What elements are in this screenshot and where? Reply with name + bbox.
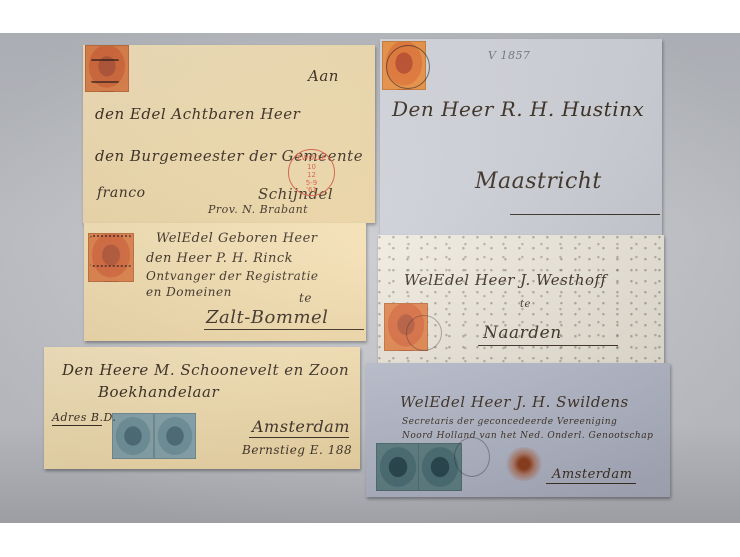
postmark — [386, 45, 430, 89]
year-note: V 1857 — [488, 49, 530, 62]
address-line: WelEdel Geboren Heer — [156, 231, 318, 246]
address-line: Secretaris der geconcedeerde Vereeniging — [402, 417, 617, 427]
address-line: en Domeinen — [146, 285, 232, 299]
postmark-zwolle: ZWOLLE 10 12 5-9 '61 — [288, 149, 335, 196]
address-line: Bernstieg E. 188 — [242, 443, 352, 457]
cancel-mark — [90, 235, 132, 267]
address-line: Amsterdam — [252, 417, 350, 436]
address-line: Boekhandelaar — [98, 383, 219, 401]
address-line: Den Heere M. Schoonevelt en Zoon — [62, 361, 349, 379]
address-line: Zalt-Bommel — [206, 307, 328, 328]
cancel-mark — [91, 59, 119, 83]
address-line: Den Heer R. H. Hustinx — [392, 97, 644, 121]
address-line: te — [520, 299, 531, 310]
underline — [52, 425, 102, 426]
postal-cover-naarden: WelEdel Heer J. Westhoff te Naarden — [378, 235, 664, 363]
address-line: WelEdel Heer J. Westhoff — [404, 271, 607, 289]
address-line: Aan — [308, 67, 339, 85]
postal-cover-maastricht: V 1857 Den Heer R. H. Hustinx Maastricht — [380, 39, 662, 235]
address-line: den Edel Achtbaren Heer — [95, 105, 300, 123]
underline — [478, 345, 618, 346]
address-line: franco — [97, 185, 146, 201]
postmark — [454, 437, 490, 477]
address-line: Maastricht — [475, 169, 602, 194]
address-line: te — [299, 291, 312, 305]
underline — [249, 437, 349, 438]
address-line: Amsterdam — [552, 467, 632, 482]
ink-stain — [504, 447, 544, 481]
stamp-green — [376, 443, 420, 491]
address-line: Naarden — [483, 323, 562, 343]
underline — [546, 483, 636, 484]
postal-cover-amsterdam-schoonevelt: Den Heere M. Schoonevelt en Zoon Boekhan… — [44, 347, 360, 469]
postal-cover-zaltbommel: WelEdel Geboren Heer den Heer P. H. Rinc… — [84, 223, 366, 341]
note: Adres B.D. — [52, 411, 116, 424]
photograph-background: Aan den Edel Achtbaren Heer den Burgemee… — [0, 33, 740, 523]
address-line: Ontvanger der Registratie — [146, 269, 319, 283]
stamp-blue — [112, 413, 154, 459]
address-line: den Heer P. H. Rinck — [146, 251, 293, 266]
underline — [510, 214, 660, 215]
address-line: Noord Holland van het Ned. Onderl. Genoo… — [402, 431, 653, 441]
address-line: Prov. N. Brabant — [208, 203, 308, 216]
postal-cover-amsterdam-swildens: WelEdel Heer J. H. Swildens Secretaris d… — [366, 363, 670, 497]
address-line: WelEdel Heer J. H. Swildens — [400, 393, 629, 411]
postmark — [406, 315, 442, 351]
underline — [204, 329, 364, 330]
stamp-blue — [154, 413, 196, 459]
postal-cover-zwolle: Aan den Edel Achtbaren Heer den Burgemee… — [83, 45, 375, 223]
